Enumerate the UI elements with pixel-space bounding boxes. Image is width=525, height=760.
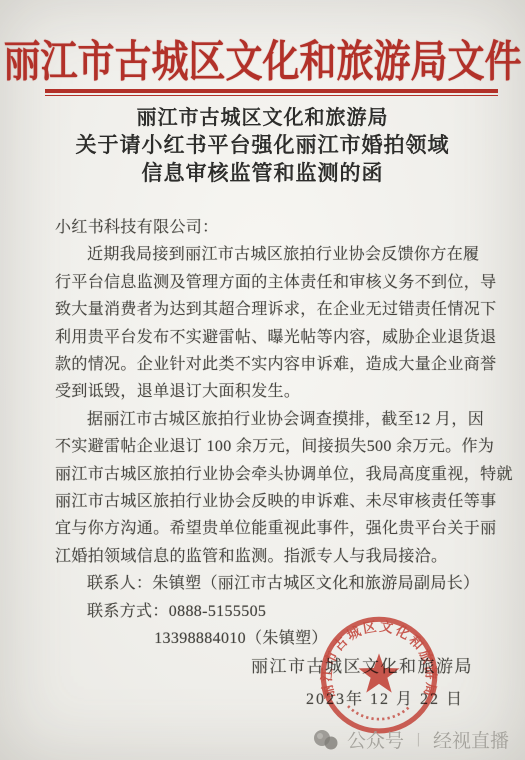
body-line: 行平台信息监测及管理方面的主体责任和审核义务不到位，导	[55, 269, 473, 296]
body-line: 江婚拍领域信息的监管和监测。指派专人与我局接洽。	[55, 543, 473, 570]
document-title: 丽江市古城区文化和旅游局 关于请小红书平台强化丽江市婚拍领域 信息审核监管和监测…	[0, 104, 525, 188]
body-line: 丽江市古城区旅拍行业协会牵头协调单位，我局高度重视，特就	[55, 461, 473, 488]
letter-body: 小红书科技有限公司：近期我局接到丽江市古城区旅拍行业协会反馈你方在履行平台信息监…	[55, 214, 473, 653]
body-line: 宜与你方沟通。希望贵单位能重视此事件，强化贵平台关于丽	[55, 515, 473, 542]
letterhead-rule	[45, 89, 498, 96]
body-line: 致大量消费者为达到其超合理诉求，在企业无过错责任情况下	[55, 296, 473, 323]
body-line: 不实避雷帖企业退订 100 余万元，间接损失500 余万元。作为	[55, 433, 473, 460]
body-line: 近期我局接到丽江市古城区旅拍行业协会反馈你方在履	[55, 241, 473, 268]
broadcaster-logo-icon	[311, 728, 341, 752]
title-line-3: 信息审核监管和监测的函	[0, 160, 525, 188]
document-photo: 丽江市古城区文化和旅游局文件 丽江市古城区文化和旅游局 关于请小红书平台强化丽江…	[0, 0, 525, 760]
seal-star-icon	[358, 653, 399, 692]
title-line-1: 丽江市古城区文化和旅游局	[0, 104, 525, 132]
watermark-separator: 丨	[411, 729, 426, 750]
official-seal: 丽江市古城区文化和旅游局	[317, 610, 441, 734]
body-line: 受到诋毁，退单退订大面积发生。	[55, 378, 473, 405]
body-line: 据丽江市古城区旅拍行业协会调查摸排，截至12 月，因	[55, 406, 473, 433]
body-line: 款的情况。企业针对此类不实内容申诉难，造成大量企业商誉	[55, 351, 473, 378]
body-line: 利用贵平台发布不实避雷帖、曝光帖等内容，威胁企业退货退	[55, 324, 473, 351]
body-line: 小红书科技有限公司：	[55, 214, 473, 241]
watermark-name: 经视直播	[433, 726, 509, 753]
watermark: 公众号 丨 经视直播	[311, 726, 509, 753]
letterhead-banner: 丽江市古城区文化和旅游局文件	[0, 26, 525, 90]
body-line: 联系人：朱镇塑（丽江市古城区文化和旅游局副局长）	[55, 570, 473, 597]
watermark-prefix: 公众号	[347, 726, 404, 753]
title-line-2: 关于请小红书平台强化丽江市婚拍领域	[0, 132, 525, 160]
seal-code-marks	[348, 706, 410, 719]
body-line: 丽江市古城区旅拍行业协会反映的申诉难、未尽审核责任等事	[55, 488, 473, 515]
